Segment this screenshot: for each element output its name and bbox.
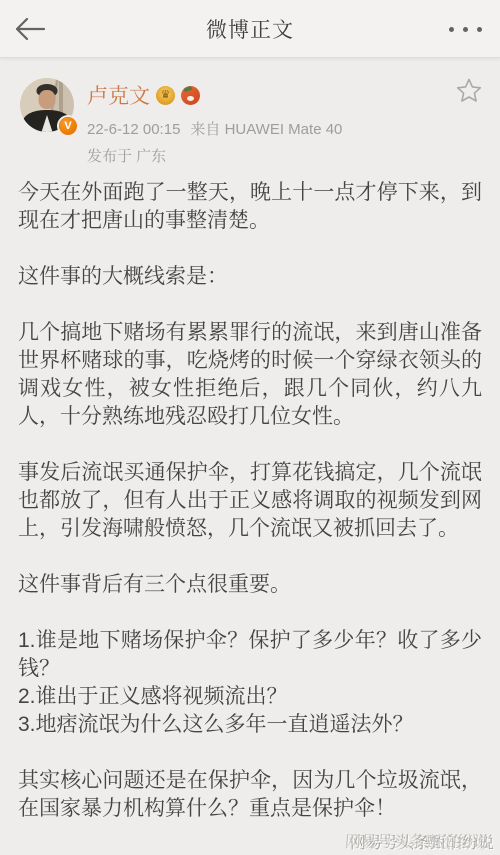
watermark: 网易号头条甄泊纷说 网易号头条甄泊纷说 [324, 829, 494, 853]
verified-badge-icon: V [59, 117, 77, 135]
post-header: V 卢克文 ♛ 22-6-12 00:15来自 HUAWEI Mate 40 发… [0, 58, 500, 166]
more-options-button[interactable] [442, 16, 488, 42]
paragraph: 这件事的大概线索是： [18, 263, 482, 291]
post-body: 今天在外面跑了一整天，晚上十一点才停下来，到现在才把唐山的事整清楚。 这件事的大… [0, 179, 500, 823]
paragraph: 今天在外面跑了一整天，晚上十一点才停下来，到现在才把唐山的事整清楚。 [18, 179, 482, 235]
back-button[interactable] [10, 12, 50, 46]
paragraph-numbered-list: 1.谁是地下赌场保护伞？保护了多少年？收了多少钱？ 2.谁出于正义感将视频流出？… [18, 627, 482, 739]
post-source: 来自 HUAWEI Mate 40 [190, 121, 342, 138]
post-time: 22-6-12 00:15 [87, 121, 180, 138]
paragraph: 事发后流氓买通保护伞，打算花钱搞定，几个流氓也都放了，但有人出于正义感将调取的视… [18, 459, 482, 543]
author-info: 卢克文 ♛ 22-6-12 00:15来自 HUAWEI Mate 40 发布于… [87, 78, 484, 166]
anniversary-badge-icon [181, 86, 200, 105]
author-name[interactable]: 卢克文 [87, 80, 150, 110]
weibo-post-screen: 微博正文 V 卢克文 ♛ 22-6-12 00:15来自 HUAWEI Ma [0, 0, 500, 855]
page-title: 微博正文 [0, 14, 500, 44]
paragraph: 这件事背后有三个点很重要。 [18, 571, 482, 599]
nav-bar: 微博正文 [0, 0, 500, 58]
ellipsis-icon [449, 27, 454, 32]
star-icon [454, 76, 484, 106]
post-location: 发布于 广东 [87, 145, 484, 166]
arrow-left-icon [14, 17, 46, 41]
avatar[interactable]: V [20, 78, 74, 132]
paragraph: 其实核心问题还是在保护伞，因为几个垃圾流氓，在国家暴力机构算什么？重点是保护伞！ [18, 767, 482, 823]
member-badge-icon: ♛ [156, 86, 175, 105]
post-meta: 22-6-12 00:15来自 HUAWEI Mate 40 [87, 118, 484, 139]
favorite-button[interactable] [452, 74, 486, 108]
paragraph: 几个搞地下赌场有累累罪行的流氓，来到唐山准备世界杯赌球的事，吃烧烤的时候一个穿绿… [18, 319, 482, 431]
